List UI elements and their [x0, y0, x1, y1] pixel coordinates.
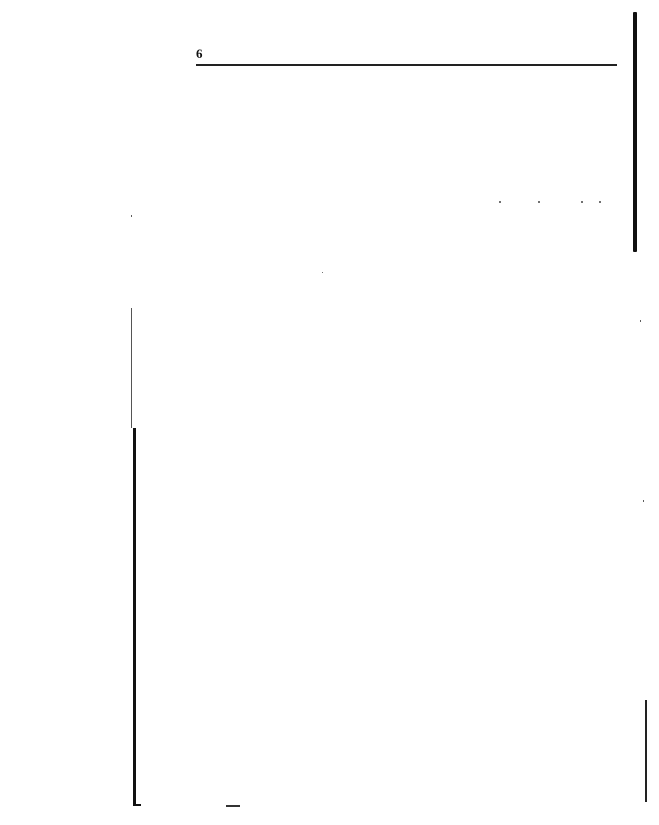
scan-edge-right-top	[633, 12, 637, 252]
scan-speck	[131, 215, 132, 217]
scan-edge-right-bottom	[645, 700, 647, 802]
scan-edge-left-thin	[131, 308, 132, 428]
scan-speck	[538, 201, 540, 203]
scan-speck	[599, 201, 601, 203]
scan-speck	[581, 201, 583, 203]
header-rule	[196, 64, 617, 66]
page-number: 6	[196, 47, 203, 60]
scan-speck	[322, 272, 323, 273]
bottom-dash-mark	[226, 805, 240, 807]
scan-edge-left	[133, 428, 136, 806]
scan-edge-left-foot	[133, 804, 141, 806]
scan-speck	[640, 320, 641, 322]
scan-speck	[499, 201, 501, 203]
scan-speck	[643, 500, 644, 502]
